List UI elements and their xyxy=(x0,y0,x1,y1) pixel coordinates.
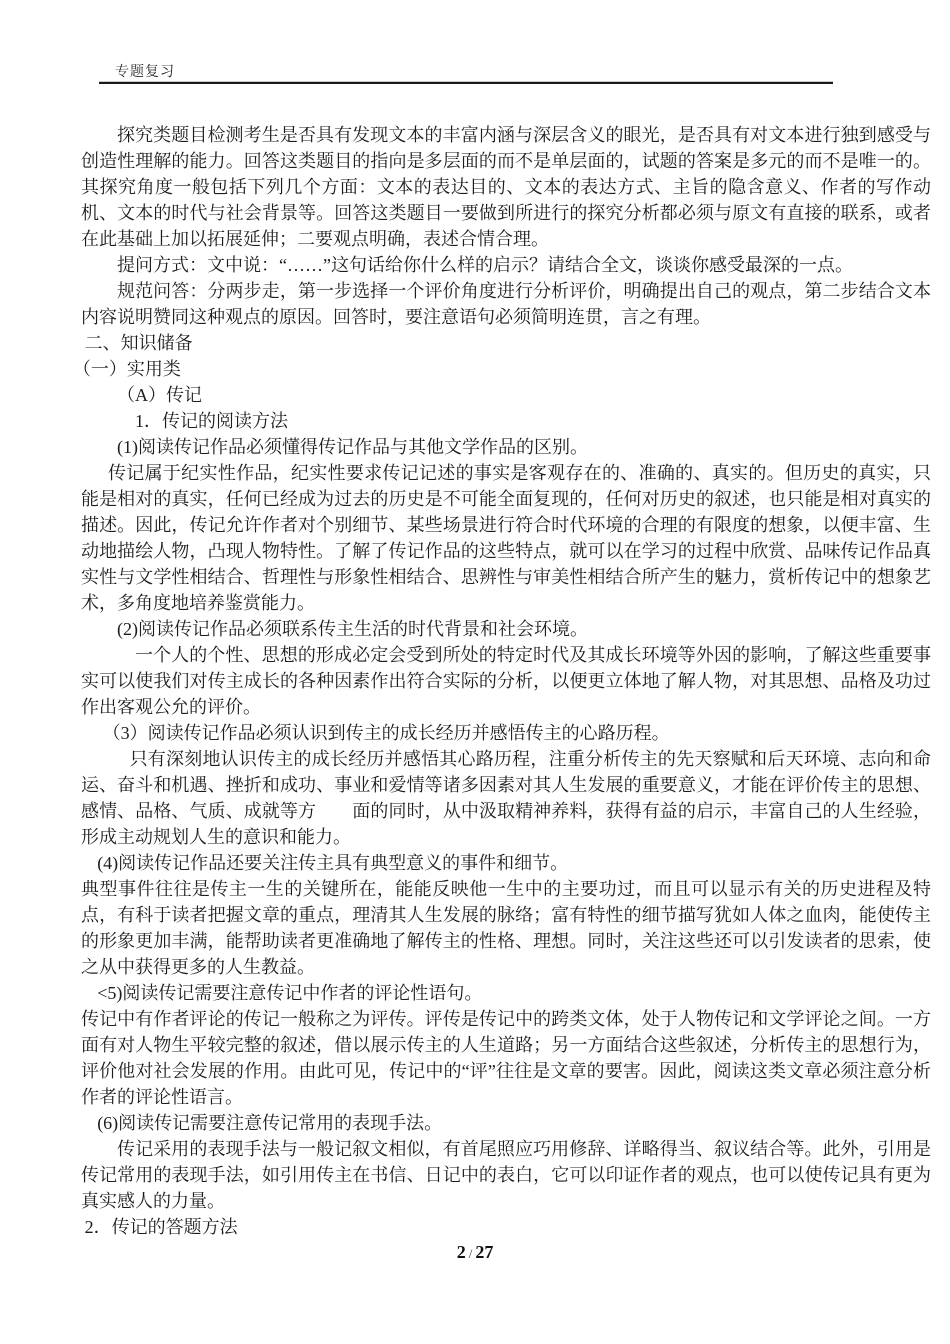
item-2-heading: (2)阅读传记作品必须联系传主生活的时代背景和社会环境。 xyxy=(81,616,931,642)
heading-answer-methods: 2．传记的答题方法 xyxy=(81,1214,931,1240)
item-6-body: 传记采用的表现手法与一般记叙文相似，有首尾照应巧用修辞、详略得当、叙议结合等。此… xyxy=(81,1136,931,1214)
document-body: 探究类题目检测考生是否具有发现文本的丰富内涵与深层含义的眼光，是否具有对文本进行… xyxy=(81,122,931,1240)
item-1-body: 传记属于纪实性作品，纪实性要求传记记述的事实是客观存在的、准确的、真实的。但历史… xyxy=(81,460,931,616)
item-3-body: 只有深刻地认识传主的成长经历并感悟其心路历程，注重分析传主的先天察赋和后天环境、… xyxy=(81,746,931,850)
page-number-separator: / xyxy=(466,1246,476,1261)
item-5-heading: <5)阅读传记需要注意传记中作者的评论性语句。 xyxy=(81,980,931,1006)
heading-reading-methods: 1．传记的阅读方法 xyxy=(81,408,931,434)
paragraph-question-format: 提问方式：文中说：“……”这句话给你什么样的启示？请结合全文，谈谈你感受最深的一… xyxy=(81,252,931,278)
item-5-body: 传记中有作者评论的传记一般称之为评传。评传是传记中的跨类文体，处于人物传记和文学… xyxy=(81,1006,931,1110)
paragraph-standard-answer: 规范问答：分两步走，第一步选择一个评价角度进行分析评价，明确提出自己的观点，第二… xyxy=(81,278,931,330)
header-divider-line xyxy=(99,81,833,84)
subsection-heading-practical: （一）实用类 xyxy=(81,356,931,382)
document-page: 专题复习 探究类题目检测考生是否具有发现文本的丰富内涵与深层含义的眼光，是否具有… xyxy=(0,0,950,1344)
section-heading-knowledge: 二、知识储备 xyxy=(81,330,931,356)
page-number-total: 27 xyxy=(475,1242,493,1262)
item-4-body: 典型事件往往是传主一生的关键所在，能能反映他一生中的主要功过，而且可以显示有关的… xyxy=(81,876,931,980)
page-number: 2/27 xyxy=(0,1242,950,1263)
item-4-heading: (4)阅读传记作品还要关注传主具有典型意义的事件和细节。 xyxy=(81,850,931,876)
paragraph-intro-explore: 探究类题目检测考生是否具有发现文本的丰富内涵与深层含义的眼光，是否具有对文本进行… xyxy=(81,122,931,252)
subsection-heading-biography: （A）传记 xyxy=(81,382,931,408)
item-3-heading: （3）阅读传记作品必须认识到传主的成长经历并感悟传主的心路历程。 xyxy=(81,720,931,746)
item-6-heading: (6)阅读传记需要注意传记常用的表现手法。 xyxy=(81,1110,931,1136)
item-1-heading: (1)阅读传记作品必须懂得传记作品与其他文学作品的区别。 xyxy=(81,434,931,460)
page-number-current: 2 xyxy=(457,1242,466,1262)
page-header-title: 专题复习 xyxy=(115,64,175,82)
item-2-body: 一个人的个性、思想的形成必定会受到所处的特定时代及其成长环境等外因的影响，了解这… xyxy=(81,642,931,720)
